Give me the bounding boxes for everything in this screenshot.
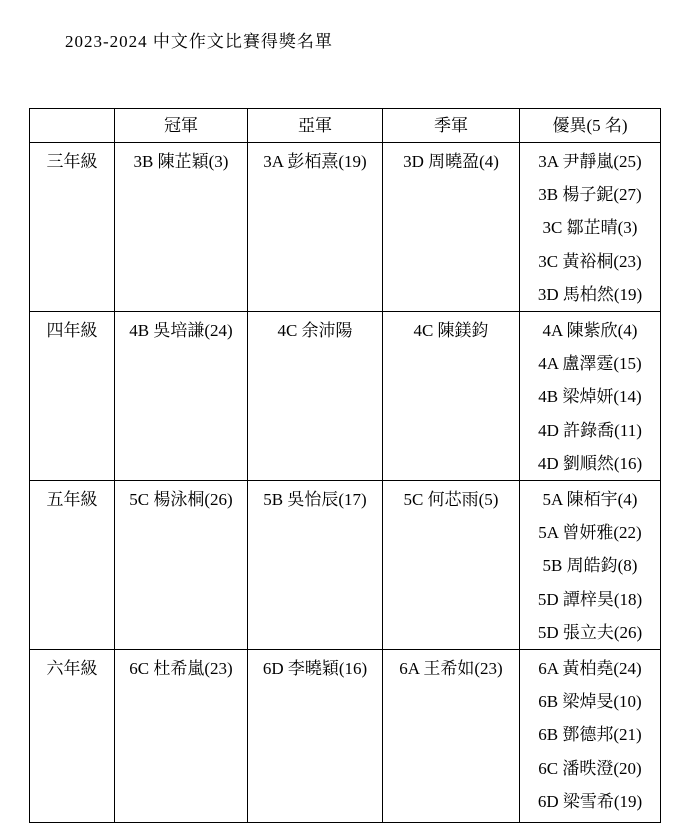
merit-entry: 4A 盧澤霆(15) [522,347,658,380]
merit-entry: 5A 曾妍雅(22) [522,516,658,549]
table-row-grade-3: 三年級 3B 陳芷穎(3) 3A 彭栢熹(19) 3D 周曉盈(4) 3A 尹靜… [30,143,661,312]
first-runner-up-cell: 6D 李曉穎(16) [248,650,383,823]
merit-entry: 3C 鄒芷晴(3) [522,211,658,244]
merit-entry: 5A 陳栢宇(4) [522,483,658,516]
merit-entry: 6C 潘昳澄(20) [522,752,658,785]
table-row-grade-4: 四年級 4B 吳培謙(24) 4C 余沛陽 4C 陳鎂鈞 4A 陳紫欣(4) 4… [30,312,661,481]
second-runner-up-cell: 6A 王希如(23) [383,650,520,823]
champion-cell: 4B 吳培謙(24) [115,312,248,481]
grade-cell: 五年級 [30,481,115,650]
merit-entry: 4D 劉順然(16) [522,447,658,480]
merit-entry: 4D 許錄喬(11) [522,414,658,447]
champion-cell: 3B 陳芷穎(3) [115,143,248,312]
document-page: 2023-2024 中文作文比賽得獎名單 冠軍 亞軍 季軍 優異(5 名) 三年… [0,0,689,840]
header-merit: 優異(5 名) [520,109,661,143]
first-runner-up-cell: 4C 余沛陽 [248,312,383,481]
champion-cell: 6C 杜希嵐(23) [115,650,248,823]
first-runner-up-cell: 5B 吳怡辰(17) [248,481,383,650]
merit-entry: 4A 陳紫欣(4) [522,314,658,347]
merit-entry: 6B 鄧德邦(21) [522,718,658,751]
merit-cell: 6A 黃柏堯(24) 6B 梁焯旻(10) 6B 鄧德邦(21) 6C 潘昳澄(… [520,650,661,823]
grade-cell: 四年級 [30,312,115,481]
awards-table: 冠軍 亞軍 季軍 優異(5 名) 三年級 3B 陳芷穎(3) 3A 彭栢熹(19… [29,108,661,823]
grade-cell: 六年級 [30,650,115,823]
merit-entry: 5B 周皓鈞(8) [522,549,658,582]
merit-entry: 3B 楊子鈮(27) [522,178,658,211]
merit-entry: 6A 黃柏堯(24) [522,652,658,685]
merit-entry: 5D 譚梓昊(18) [522,583,658,616]
merit-entry: 6B 梁焯旻(10) [522,685,658,718]
header-first-runner-up: 亞軍 [248,109,383,143]
merit-entry: 3C 黃裕桐(23) [522,245,658,278]
table-row-grade-6: 六年級 6C 杜希嵐(23) 6D 李曉穎(16) 6A 王希如(23) 6A … [30,650,661,823]
header-champion: 冠軍 [115,109,248,143]
header-second-runner-up: 季軍 [383,109,520,143]
merit-entry: 3D 馬柏然(19) [522,278,658,311]
merit-entry: 5D 張立夫(26) [522,616,658,649]
grade-cell: 三年級 [30,143,115,312]
second-runner-up-cell: 4C 陳鎂鈞 [383,312,520,481]
table-row-grade-5: 五年級 5C 楊泳桐(26) 5B 吳怡辰(17) 5C 何芯雨(5) 5A 陳… [30,481,661,650]
merit-cell: 4A 陳紫欣(4) 4A 盧澤霆(15) 4B 梁焯妍(14) 4D 許錄喬(1… [520,312,661,481]
champion-cell: 5C 楊泳桐(26) [115,481,248,650]
page-title: 2023-2024 中文作文比賽得獎名單 [65,27,333,52]
merit-entry: 3A 尹靜嵐(25) [522,145,658,178]
merit-cell: 3A 尹靜嵐(25) 3B 楊子鈮(27) 3C 鄒芷晴(3) 3C 黃裕桐(2… [520,143,661,312]
second-runner-up-cell: 3D 周曉盈(4) [383,143,520,312]
merit-entry: 6D 梁雪希(19) [522,785,658,818]
first-runner-up-cell: 3A 彭栢熹(19) [248,143,383,312]
second-runner-up-cell: 5C 何芯雨(5) [383,481,520,650]
merit-cell: 5A 陳栢宇(4) 5A 曾妍雅(22) 5B 周皓鈞(8) 5D 譚梓昊(18… [520,481,661,650]
header-grade [30,109,115,143]
merit-entry: 4B 梁焯妍(14) [522,380,658,413]
header-row: 冠軍 亞軍 季軍 優異(5 名) [30,109,661,143]
